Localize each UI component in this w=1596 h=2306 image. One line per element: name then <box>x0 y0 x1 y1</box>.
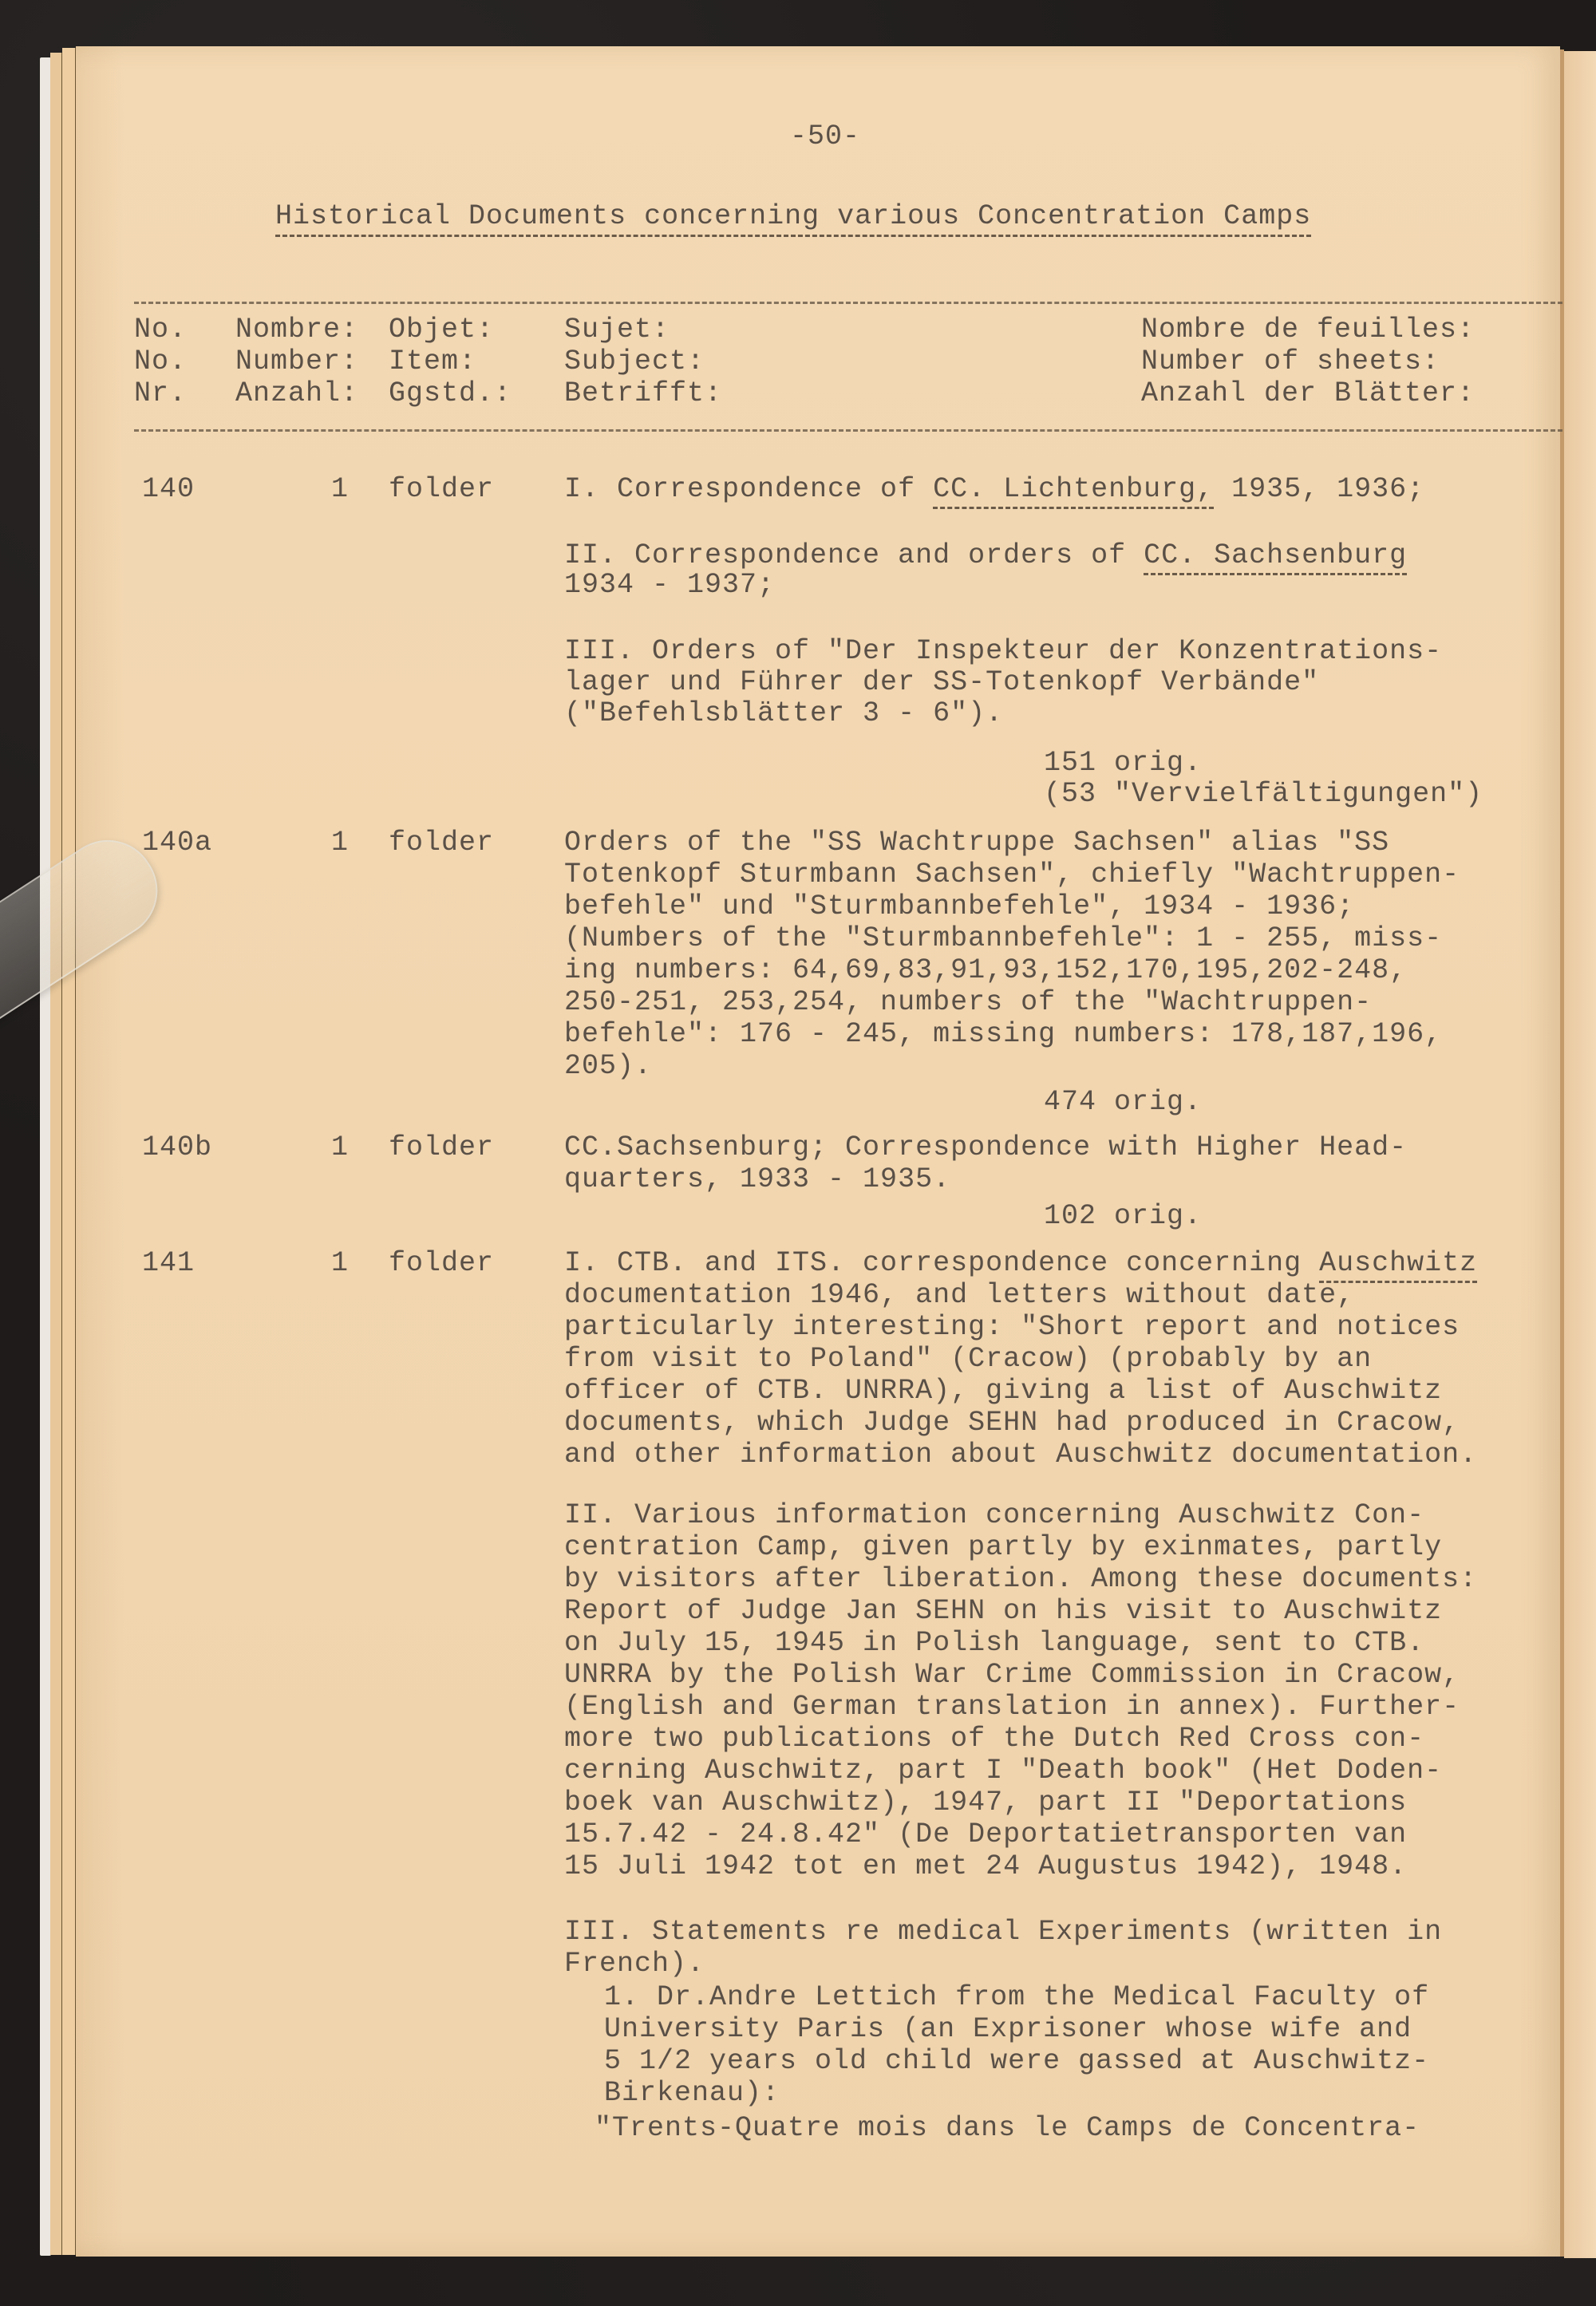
entry-subject-line: II. Correspondence and orders of CC. Sac… <box>564 539 1407 572</box>
entry-subject-line: UNRRA by the Polish War Crime Commission… <box>564 1658 1460 1692</box>
header-item: Ggstd.: <box>389 377 512 410</box>
entry-subject-line: CC.Sachsenburg; Correspondence with High… <box>564 1131 1407 1164</box>
header-divider-bottom <box>134 429 1562 432</box>
header-subject: Subject: <box>564 345 705 378</box>
header-divider-top <box>134 302 1562 304</box>
header-item: Objet: <box>389 313 494 346</box>
header-number: Anzahl: <box>235 377 358 410</box>
entry-subject-line: ("Befehlsblätter 3 - 6"). <box>564 697 1003 730</box>
entry-subject-line: 1. Dr.Andre Lettich from the Medical Fac… <box>604 1980 1429 2014</box>
entry-no: 140 <box>142 472 195 506</box>
underlined-camp-name: CC. Lichtenburg, <box>933 473 1214 509</box>
underlined-camp-name: CC. Sachsenburg <box>1144 539 1407 575</box>
entry-subject-line: Totenkopf Sturmbann Sachsen", chiefly "W… <box>564 858 1460 891</box>
header-no: No. <box>134 313 187 346</box>
entry-subject-line: 15 Juli 1942 tot en met 24 Augustus 1942… <box>564 1850 1407 1883</box>
entry-subject-line: boek van Auschwitz), 1947, part II "Depo… <box>564 1786 1407 1819</box>
entry-count: 1 <box>331 826 349 859</box>
entry-sheets: 474 orig. <box>1044 1085 1202 1119</box>
entry-subject-line: befehle": 176 - 245, missing numbers: 17… <box>564 1017 1442 1051</box>
entry-sheets: (53 "Vervielfältigungen") <box>1044 777 1483 811</box>
entry-subject-line: "Trents-Quatre mois dans le Camps de Con… <box>595 2111 1420 2145</box>
entry-subject-line: III. Statements re medical Experiments (… <box>564 1915 1442 1949</box>
entry-subject-line: lager und Führer der SS-Totenkopf Verbän… <box>564 665 1319 699</box>
entry-subject-line: officer of CTB. UNRRA), giving a list of… <box>564 1374 1442 1408</box>
entry-item: folder <box>389 826 494 859</box>
header-subject: Sujet: <box>564 313 670 346</box>
entry-no: 140a <box>142 826 212 859</box>
entry-subject-line: by visitors after liberation. Among thes… <box>564 1562 1477 1596</box>
entry-subject-line: University Paris (an Exprisoner whose wi… <box>604 2012 1412 2046</box>
entry-count: 1 <box>331 472 349 506</box>
entry-subject-line: (Numbers of the "Sturmbannbefehle": 1 - … <box>564 922 1442 955</box>
header-number: Number: <box>235 345 358 378</box>
entry-subject-line: French). <box>564 1947 705 1980</box>
header-no: No. <box>134 345 187 378</box>
header-no: Nr. <box>134 377 187 410</box>
entry-count: 1 <box>331 1246 349 1280</box>
entry-subject-line: more two publications of the Dutch Red C… <box>564 1722 1424 1755</box>
header-number: Nombre: <box>235 313 358 346</box>
entry-subject-line: particularly interesting: "Short report … <box>564 1310 1460 1344</box>
entry-subject-line: and other information about Auschwitz do… <box>564 1438 1477 1471</box>
entry-subject-line: 250-251, 253,254, numbers of the "Wachtr… <box>564 985 1372 1019</box>
header-sheets: Anzahl der Blätter: <box>1141 377 1475 410</box>
entry-subject-line: Report of Judge Jan SEHN on his visit to… <box>564 1594 1442 1628</box>
entry-subject-line: (English and German translation in annex… <box>564 1690 1460 1724</box>
entry-subject-line: Birkenau): <box>604 2076 780 2110</box>
header-item: Item: <box>389 345 476 378</box>
entry-subject-line: documentation 1946, and letters without … <box>564 1278 1354 1312</box>
entry-subject-line: from visit to Poland" (Cracow) (probably… <box>564 1342 1372 1376</box>
entry-subject-line: 5 1/2 years old child were gassed at Aus… <box>604 2044 1429 2078</box>
header-sheets: Nombre de feuilles: <box>1141 313 1475 346</box>
entry-item: folder <box>389 1246 494 1280</box>
entry-subject-line: documents, which Judge SEHN had produced… <box>564 1406 1460 1439</box>
entry-subject-line: III. Orders of "Der Inspekteur der Konze… <box>564 634 1442 668</box>
entry-subject-line: befehle" und "Sturmbannbefehle", 1934 - … <box>564 890 1354 923</box>
entry-subject-line: 15.7.42 - 24.8.42" (De Deportatietranspo… <box>564 1818 1407 1851</box>
entry-subject-line: Orders of the "SS Wachtruppe Sachsen" al… <box>564 826 1389 859</box>
page-number: -50- <box>790 120 860 153</box>
header-sheets: Number of sheets: <box>1141 345 1440 378</box>
entry-item: folder <box>389 472 494 506</box>
entry-subject-line: II. Various information concerning Ausch… <box>564 1499 1424 1532</box>
entry-subject-line: centration Camp, given partly by exinmat… <box>564 1530 1442 1564</box>
document-content: -50- Historical Documents concerning var… <box>0 0 1596 2306</box>
document-title: Historical Documents concerning various … <box>275 199 1311 237</box>
entry-subject-line: ing numbers: 64,69,83,91,93,152,170,195,… <box>564 954 1407 987</box>
entry-no: 141 <box>142 1246 195 1280</box>
entry-sheets: 151 orig. <box>1044 746 1202 780</box>
entry-no: 140b <box>142 1131 212 1164</box>
entry-item: folder <box>389 1131 494 1164</box>
entry-sheets: 102 orig. <box>1044 1199 1202 1233</box>
entry-subject-line: quarters, 1933 - 1935. <box>564 1163 950 1196</box>
entry-subject-line: 205). <box>564 1049 652 1083</box>
header-subject: Betrifft: <box>564 377 722 410</box>
entry-subject-line: cerning Auschwitz, part I "Death book" (… <box>564 1754 1442 1787</box>
entry-subject-line: I. CTB. and ITS. correspondence concerni… <box>564 1246 1477 1280</box>
entry-count: 1 <box>331 1131 349 1164</box>
entry-subject-line: I. Correspondence of CC. Lichtenburg, 19… <box>564 472 1424 506</box>
entry-subject-line: 1934 - 1937; <box>564 568 775 602</box>
entry-subject-line: on July 15, 1945 in Polish language, sen… <box>564 1626 1424 1660</box>
